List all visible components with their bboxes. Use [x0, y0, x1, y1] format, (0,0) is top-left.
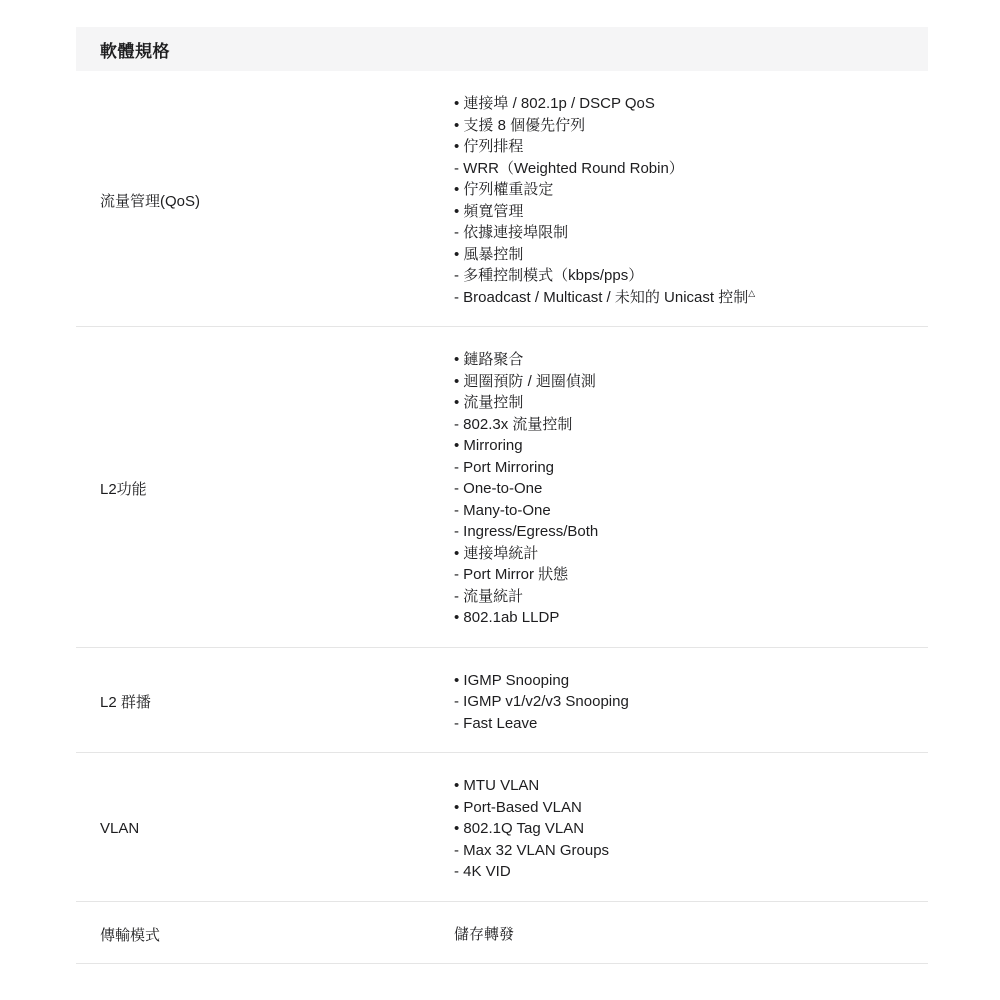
spec-row-transfer-mode: 傳輸模式 儲存轉發: [76, 902, 928, 965]
spec-values: 儲存轉發: [454, 924, 928, 946]
spec-line: • Port-Based VLAN: [454, 797, 928, 819]
spec-line: • 風暴控制: [454, 244, 928, 266]
spec-label: 傳輸模式: [76, 924, 454, 945]
software-spec-table: 軟體規格 流量管理(QoS) • 連接埠 / 802.1p / DSCP QoS…: [76, 27, 928, 964]
spec-label: 流量管理(QoS): [76, 190, 454, 211]
spec-line: - Max 32 VLAN Groups: [454, 840, 928, 862]
spec-line: - 4K VID: [454, 861, 928, 883]
spec-line: - 多種控制模式（kbps/pps）: [454, 265, 928, 287]
spec-values: • IGMP Snooping - IGMP v1/v2/v3 Snooping…: [454, 670, 928, 735]
spec-values: • 鏈路聚合 • 迴圈預防 / 迴圈偵測 • 流量控制 - 802.3x 流量控…: [454, 349, 928, 629]
spec-value: 儲存轉發: [454, 924, 928, 946]
spec-row-l2-multicast: L2 群播 • IGMP Snooping - IGMP v1/v2/v3 Sn…: [76, 648, 928, 754]
spec-row-qos: 流量管理(QoS) • 連接埠 / 802.1p / DSCP QoS • 支援…: [76, 71, 928, 327]
spec-line: - One-to-One: [454, 478, 928, 500]
spec-line: • 迴圈預防 / 迴圈偵測: [454, 371, 928, 393]
spec-line: • 802.1Q Tag VLAN: [454, 818, 928, 840]
spec-line: • IGMP Snooping: [454, 670, 928, 692]
spec-row-vlan: VLAN • MTU VLAN • Port-Based VLAN • 802.…: [76, 753, 928, 902]
spec-line: - IGMP v1/v2/v3 Snooping: [454, 691, 928, 713]
spec-line: - Ingress/Egress/Both: [454, 521, 928, 543]
spec-row-l2-features: L2功能 • 鏈路聚合 • 迴圈預防 / 迴圈偵測 • 流量控制 - 802.3…: [76, 327, 928, 648]
spec-values: • 連接埠 / 802.1p / DSCP QoS • 支援 8 個優先佇列 •…: [454, 93, 928, 308]
spec-line: - Fast Leave: [454, 713, 928, 735]
spec-line: • 流量控制: [454, 392, 928, 414]
spec-line: • MTU VLAN: [454, 775, 928, 797]
spec-line: - WRR（Weighted Round Robin）: [454, 158, 928, 180]
spec-line: • 鏈路聚合: [454, 349, 928, 371]
spec-line: • 頻寬管理: [454, 201, 928, 223]
spec-line: - Many-to-One: [454, 500, 928, 522]
spec-label: VLAN: [76, 820, 454, 837]
spec-line: • 佇列排程: [454, 136, 928, 158]
spec-values: • MTU VLAN • Port-Based VLAN • 802.1Q Ta…: [454, 775, 928, 883]
spec-label: L2 群播: [76, 691, 454, 712]
spec-line: - 802.3x 流量控制: [454, 414, 928, 436]
spec-line: - Port Mirroring: [454, 457, 928, 479]
footnote-marker: △: [748, 288, 755, 298]
spec-label: L2功能: [76, 478, 454, 499]
spec-line: - 流量統計: [454, 586, 928, 608]
spec-line: - Port Mirror 狀態: [454, 564, 928, 586]
spec-line: • 802.1ab LLDP: [454, 607, 928, 629]
spec-line: • 連接埠統計: [454, 543, 928, 565]
spec-line: • 佇列權重設定: [454, 179, 928, 201]
section-header: 軟體規格: [76, 27, 928, 71]
spec-line: - Broadcast / Multicast / 未知的 Unicast 控制…: [454, 287, 928, 309]
spec-line-text: - Broadcast / Multicast / 未知的 Unicast 控制: [454, 289, 748, 306]
spec-line: • 連接埠 / 802.1p / DSCP QoS: [454, 93, 928, 115]
section-title: 軟體規格: [100, 37, 170, 62]
spec-line: • 支援 8 個優先佇列: [454, 115, 928, 137]
spec-line: • Mirroring: [454, 435, 928, 457]
spec-line: - 依據連接埠限制: [454, 222, 928, 244]
